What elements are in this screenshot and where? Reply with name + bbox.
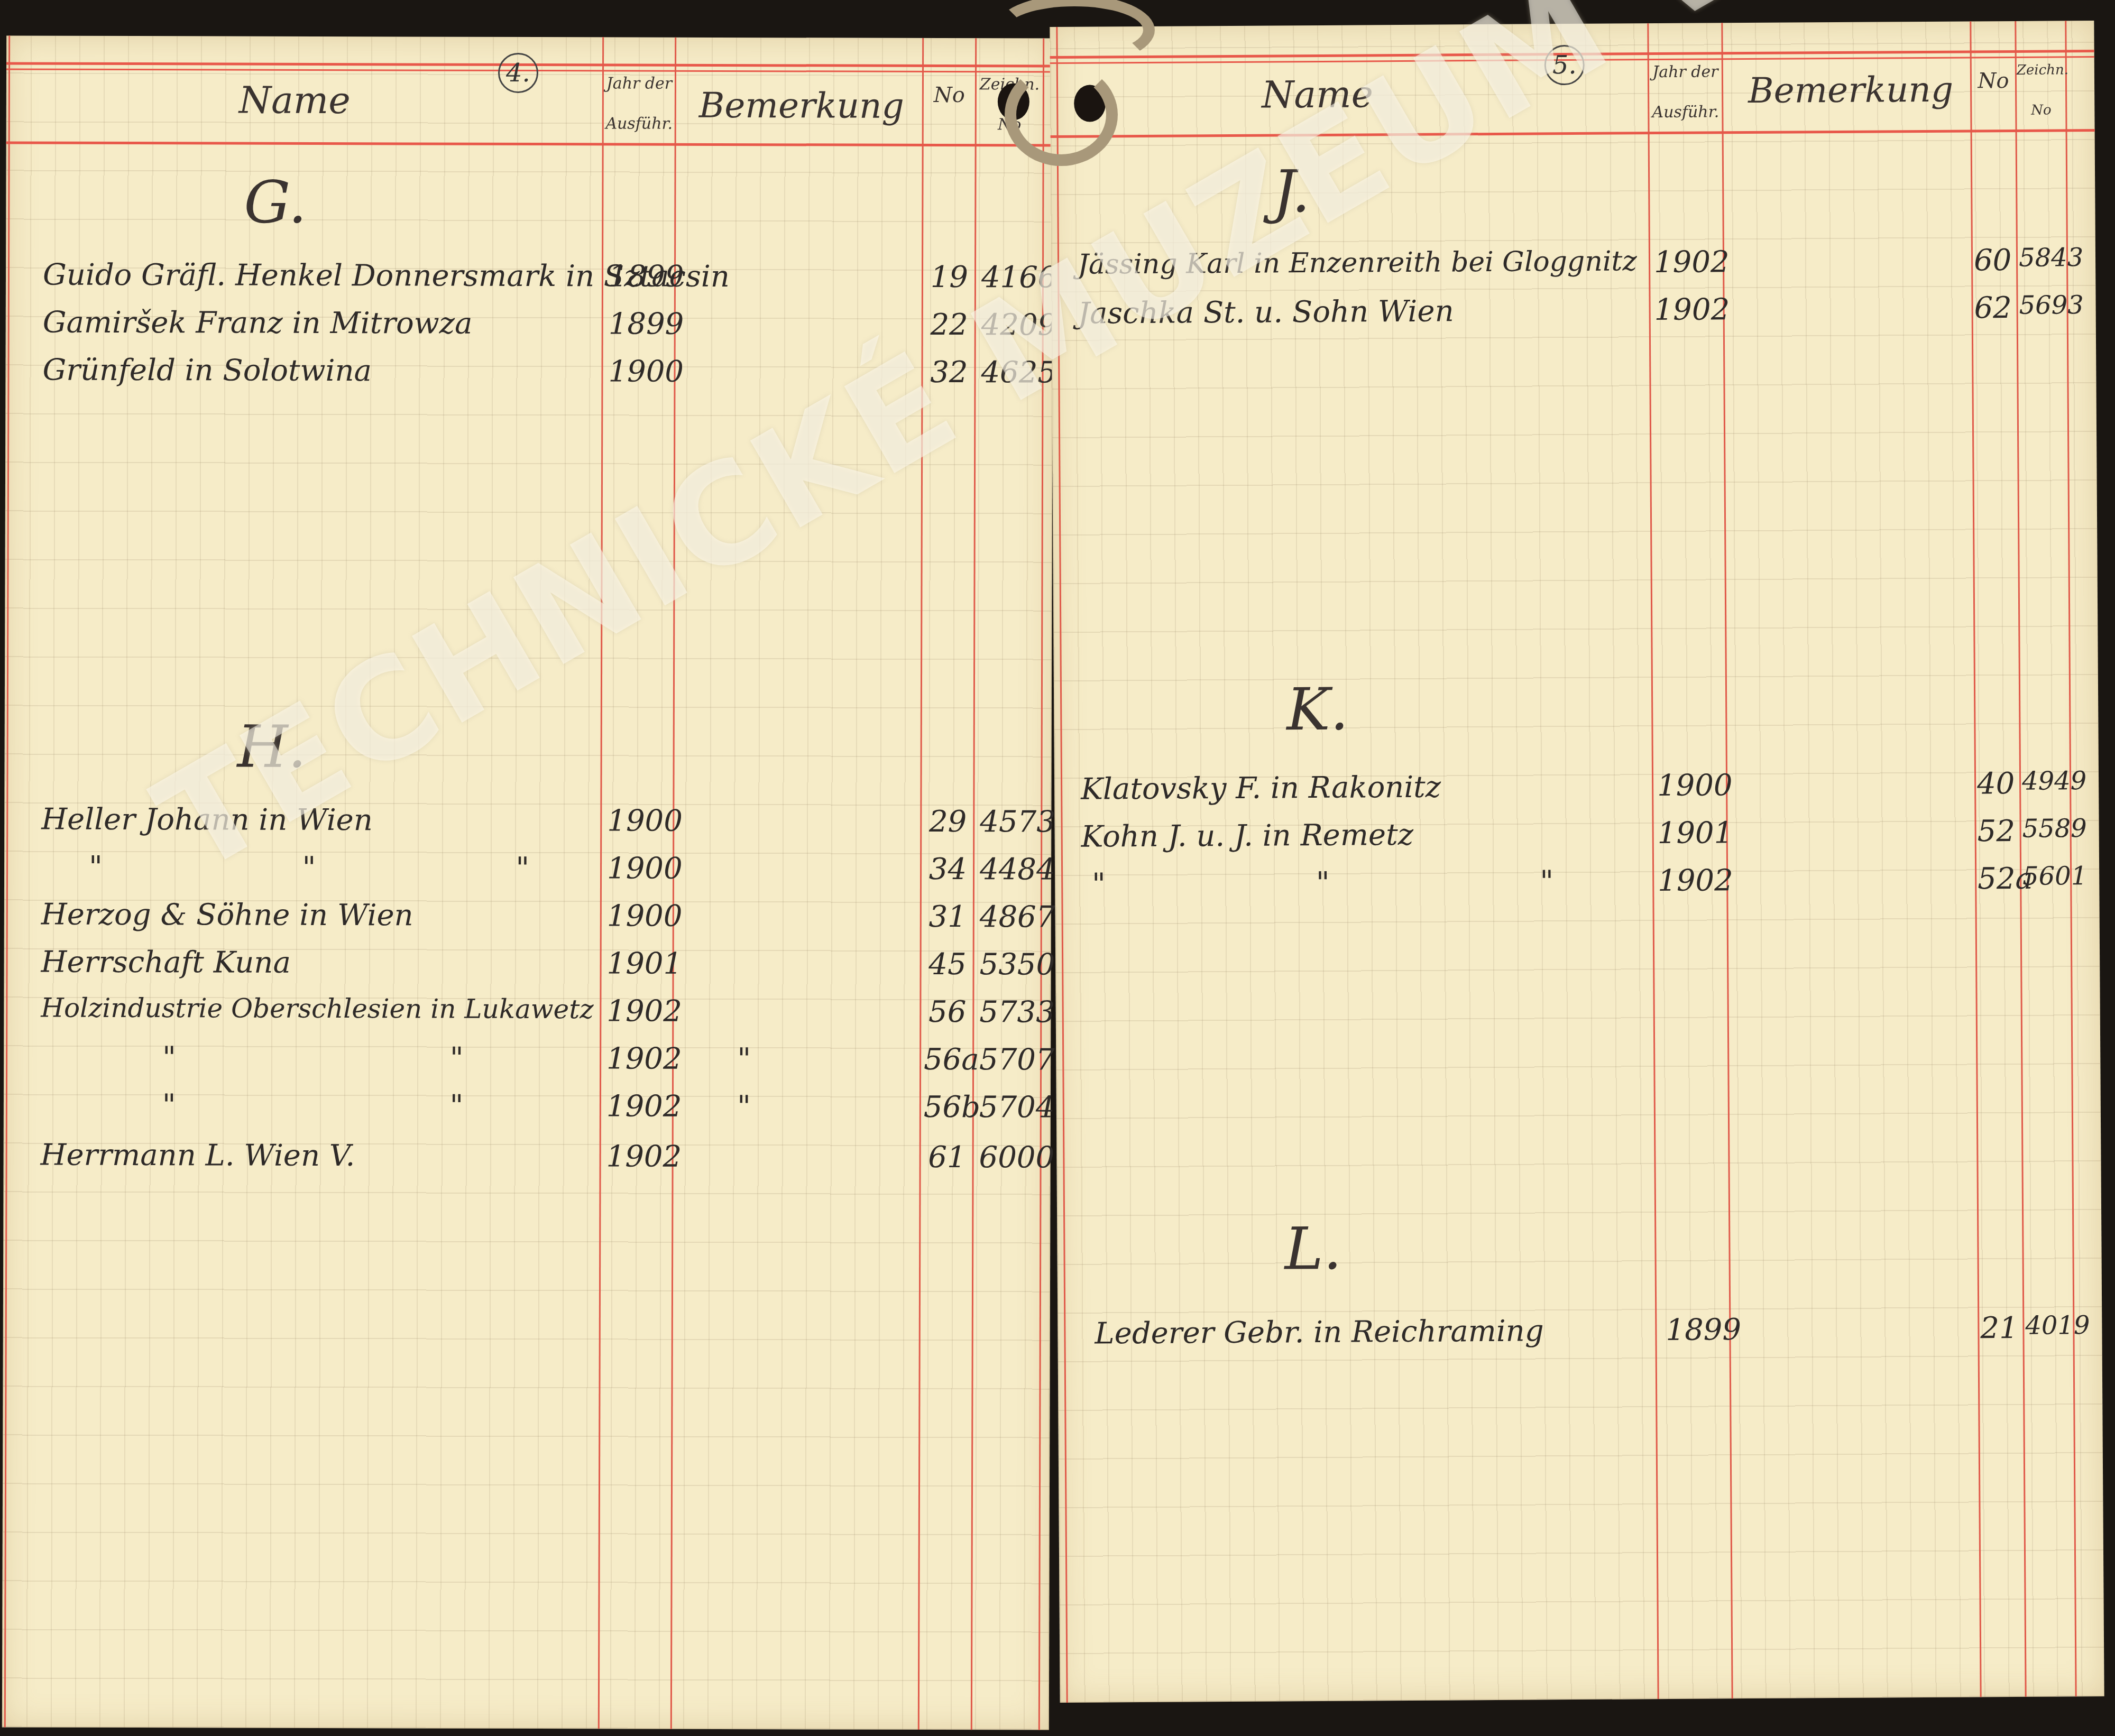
entry-nr: 56	[924, 995, 966, 1029]
page-number: 4.	[498, 53, 538, 93]
entry-drawing-no: 4019	[2025, 1310, 2090, 1341]
entry-year: 1902	[606, 994, 682, 1028]
ledger-row: " " " 1902 56b 5704	[4, 1087, 1051, 1132]
entry-name: Herzog & Söhne in Wien	[41, 898, 413, 933]
entry-drawing-no: 5843	[2019, 243, 2083, 273]
binding-string-loop	[1005, 63, 1118, 166]
column-header-name: Name	[239, 79, 351, 123]
entry-year: 1900	[607, 899, 683, 933]
entry-drawing-no: 4867	[980, 900, 1055, 934]
entry-drawing-no: 5733	[979, 995, 1055, 1029]
entry-nr: 61	[924, 1140, 966, 1175]
section-letter-k: K.	[1286, 676, 1349, 744]
entry-name-ditto: " " "	[89, 850, 624, 886]
entry-drawing-no: 4949	[2022, 766, 2086, 796]
left-ledger-page: Name 4. Jahr der Ausführ. Bemerkung No Z…	[2, 35, 1053, 1730]
column-header-drawing-top: Zeichn.	[2017, 50, 2065, 90]
ledger-row: Lederer Gebr. in Reichraming 1899 21 401…	[1057, 1310, 2102, 1359]
entry-year: 1902	[606, 1041, 682, 1076]
entry-drawing-no: 5601	[2022, 861, 2087, 891]
entry-drawing-no: 5704	[979, 1090, 1055, 1124]
entry-nr: 29	[924, 805, 967, 839]
ledger-row: Herrmann L. Wien V. 1902 61 6000	[4, 1138, 1051, 1183]
entry-name-ditto: " " "	[162, 1040, 883, 1077]
entry-name-ditto: " " "	[162, 1088, 883, 1124]
entry-year: 1899	[1666, 1313, 1741, 1347]
ledger-row: " " " 1902 52a 5601	[1055, 861, 2099, 910]
entry-nr: 56a	[924, 1042, 966, 1077]
entry-name: Kohn J. u. J. in Remetz	[1081, 818, 1413, 854]
ledger-row: Guido Gräfl. Henkel Donnersmark in Sztac…	[6, 257, 1053, 302]
column-header-nr: No	[1972, 61, 2015, 101]
entry-drawing-no: 6000	[979, 1140, 1055, 1175]
entry-year: 1899	[609, 259, 684, 293]
ledger-row: Herzog & Söhne in Wien 1900 31 4867	[4, 897, 1051, 942]
entry-year: 1901	[607, 946, 683, 981]
entry-name: Lederer Gebr. in Reichraming	[1095, 1314, 1544, 1351]
entry-drawing-no: 5693	[2019, 290, 2083, 320]
entry-nr: 40	[1977, 767, 2011, 801]
entry-nr: 52a	[1978, 862, 2012, 896]
entry-nr: 31	[924, 900, 967, 934]
entry-nr: 56b	[924, 1090, 966, 1124]
entry-year: 1900	[608, 354, 684, 389]
entry-name: Herrmann L. Wien V.	[41, 1138, 355, 1174]
entry-year: 1900	[607, 804, 683, 838]
entry-name-ditto: " " "	[1092, 864, 1654, 901]
entry-nr: 21	[1980, 1311, 2015, 1345]
entry-name: Gamiršek Franz in Mitrowza	[43, 306, 473, 341]
entry-year: 1900	[1657, 768, 1733, 803]
entry-name: Grünfeld in Solotwina	[42, 353, 372, 389]
entry-year: 1901	[1657, 816, 1733, 851]
entry-drawing-no: 5350	[980, 947, 1055, 982]
entry-nr: 62	[1974, 291, 2008, 325]
ledger-row: Holzindustrie Oberschlesien in Lukawetz …	[4, 992, 1051, 1037]
section-letter-l: L.	[1284, 1215, 1342, 1283]
entry-year: 1899	[609, 307, 684, 341]
ledger-row: Herrschaft Kuna 1901 45 5350	[4, 945, 1051, 990]
entry-year: 1902	[1658, 863, 1733, 898]
entry-name: Klatovsky F. in Rakonitz	[1081, 770, 1441, 807]
entry-name: Holzindustrie Oberschlesien in Lukawetz	[41, 993, 593, 1025]
ledger-row: Klatovsky F. in Rakonitz 1900 40 4949	[1054, 766, 2099, 815]
entry-drawing-no: 4484	[980, 852, 1055, 887]
column-header-nr: No	[924, 75, 975, 115]
entry-name: Herrschaft Kuna	[41, 945, 291, 980]
column-header-remark: Bemerkung	[1748, 69, 1953, 111]
entry-drawing-no: 5589	[2022, 814, 2086, 844]
column-header-year-top: Jahr der	[604, 63, 675, 104]
entry-year: 1900	[607, 851, 683, 885]
header-bottom-rule	[1051, 129, 2095, 138]
section-letter-g: G.	[244, 169, 307, 236]
ledger-row: " " " 1900 34 4484	[4, 849, 1051, 894]
column-header-drawing-bottom: No	[2017, 90, 2065, 131]
entry-year: 1902	[606, 1089, 682, 1123]
column-header-remark: Bemerkung	[699, 85, 904, 126]
column-header-year: Jahr der Ausführ.	[604, 63, 675, 144]
entry-year: 1902	[606, 1139, 682, 1174]
entry-nr: 60	[1974, 243, 2008, 278]
column-header-year-bottom: Ausführ.	[1649, 92, 1722, 133]
ledger-row: " " " 1902 56a 5707	[4, 1040, 1051, 1085]
entry-nr: 34	[924, 852, 967, 887]
entry-drawing-no: 5707	[979, 1042, 1055, 1077]
entry-nr: 45	[924, 947, 967, 982]
ledger-row: Kohn J. u. J. in Remetz 1901 52 5589	[1054, 814, 2099, 862]
column-header-year-bottom: Ausführ.	[604, 104, 675, 144]
entry-drawing-no: 4573	[980, 805, 1055, 839]
entry-year: 1902	[1654, 292, 1730, 327]
header-bottom-rule	[6, 141, 1053, 146]
column-header-drawing: Zeichn. No	[2017, 50, 2066, 131]
entry-nr: 52	[1977, 814, 2011, 848]
entry-year: 1902	[1654, 245, 1730, 280]
